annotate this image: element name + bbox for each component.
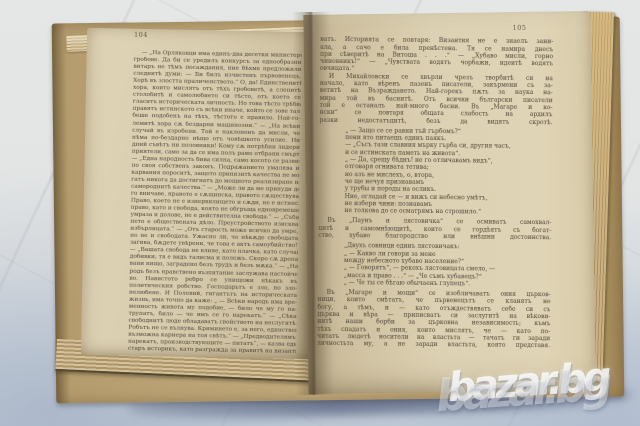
left-page: 104 — „На Орляковци има единъ-два десетк… xyxy=(81,28,315,359)
watermark-text: bazar.bg xyxy=(446,354,609,411)
book-gutter-shadow xyxy=(292,12,333,395)
left-page-text: 104 — „На Орляковци има единъ-два десетк… xyxy=(128,32,302,356)
left-page-paragraph: — „На Орляковци има единъ-два десетки ми… xyxy=(128,50,302,356)
right-page: 105 ватъ. Историята се повтаря: Византия… xyxy=(303,11,595,394)
right-page-sections: ватъ. Историята се повтаря: Византия не … xyxy=(317,36,553,350)
left-page-number: 104 xyxy=(134,32,302,42)
right-page-number: 105 xyxy=(320,23,553,33)
photo-scene: 104 — „На Орляковци има единъ-два десетк… xyxy=(0,0,640,426)
right-page-text: 105 ватъ. Историята се повтаря: Византия… xyxy=(317,23,553,350)
